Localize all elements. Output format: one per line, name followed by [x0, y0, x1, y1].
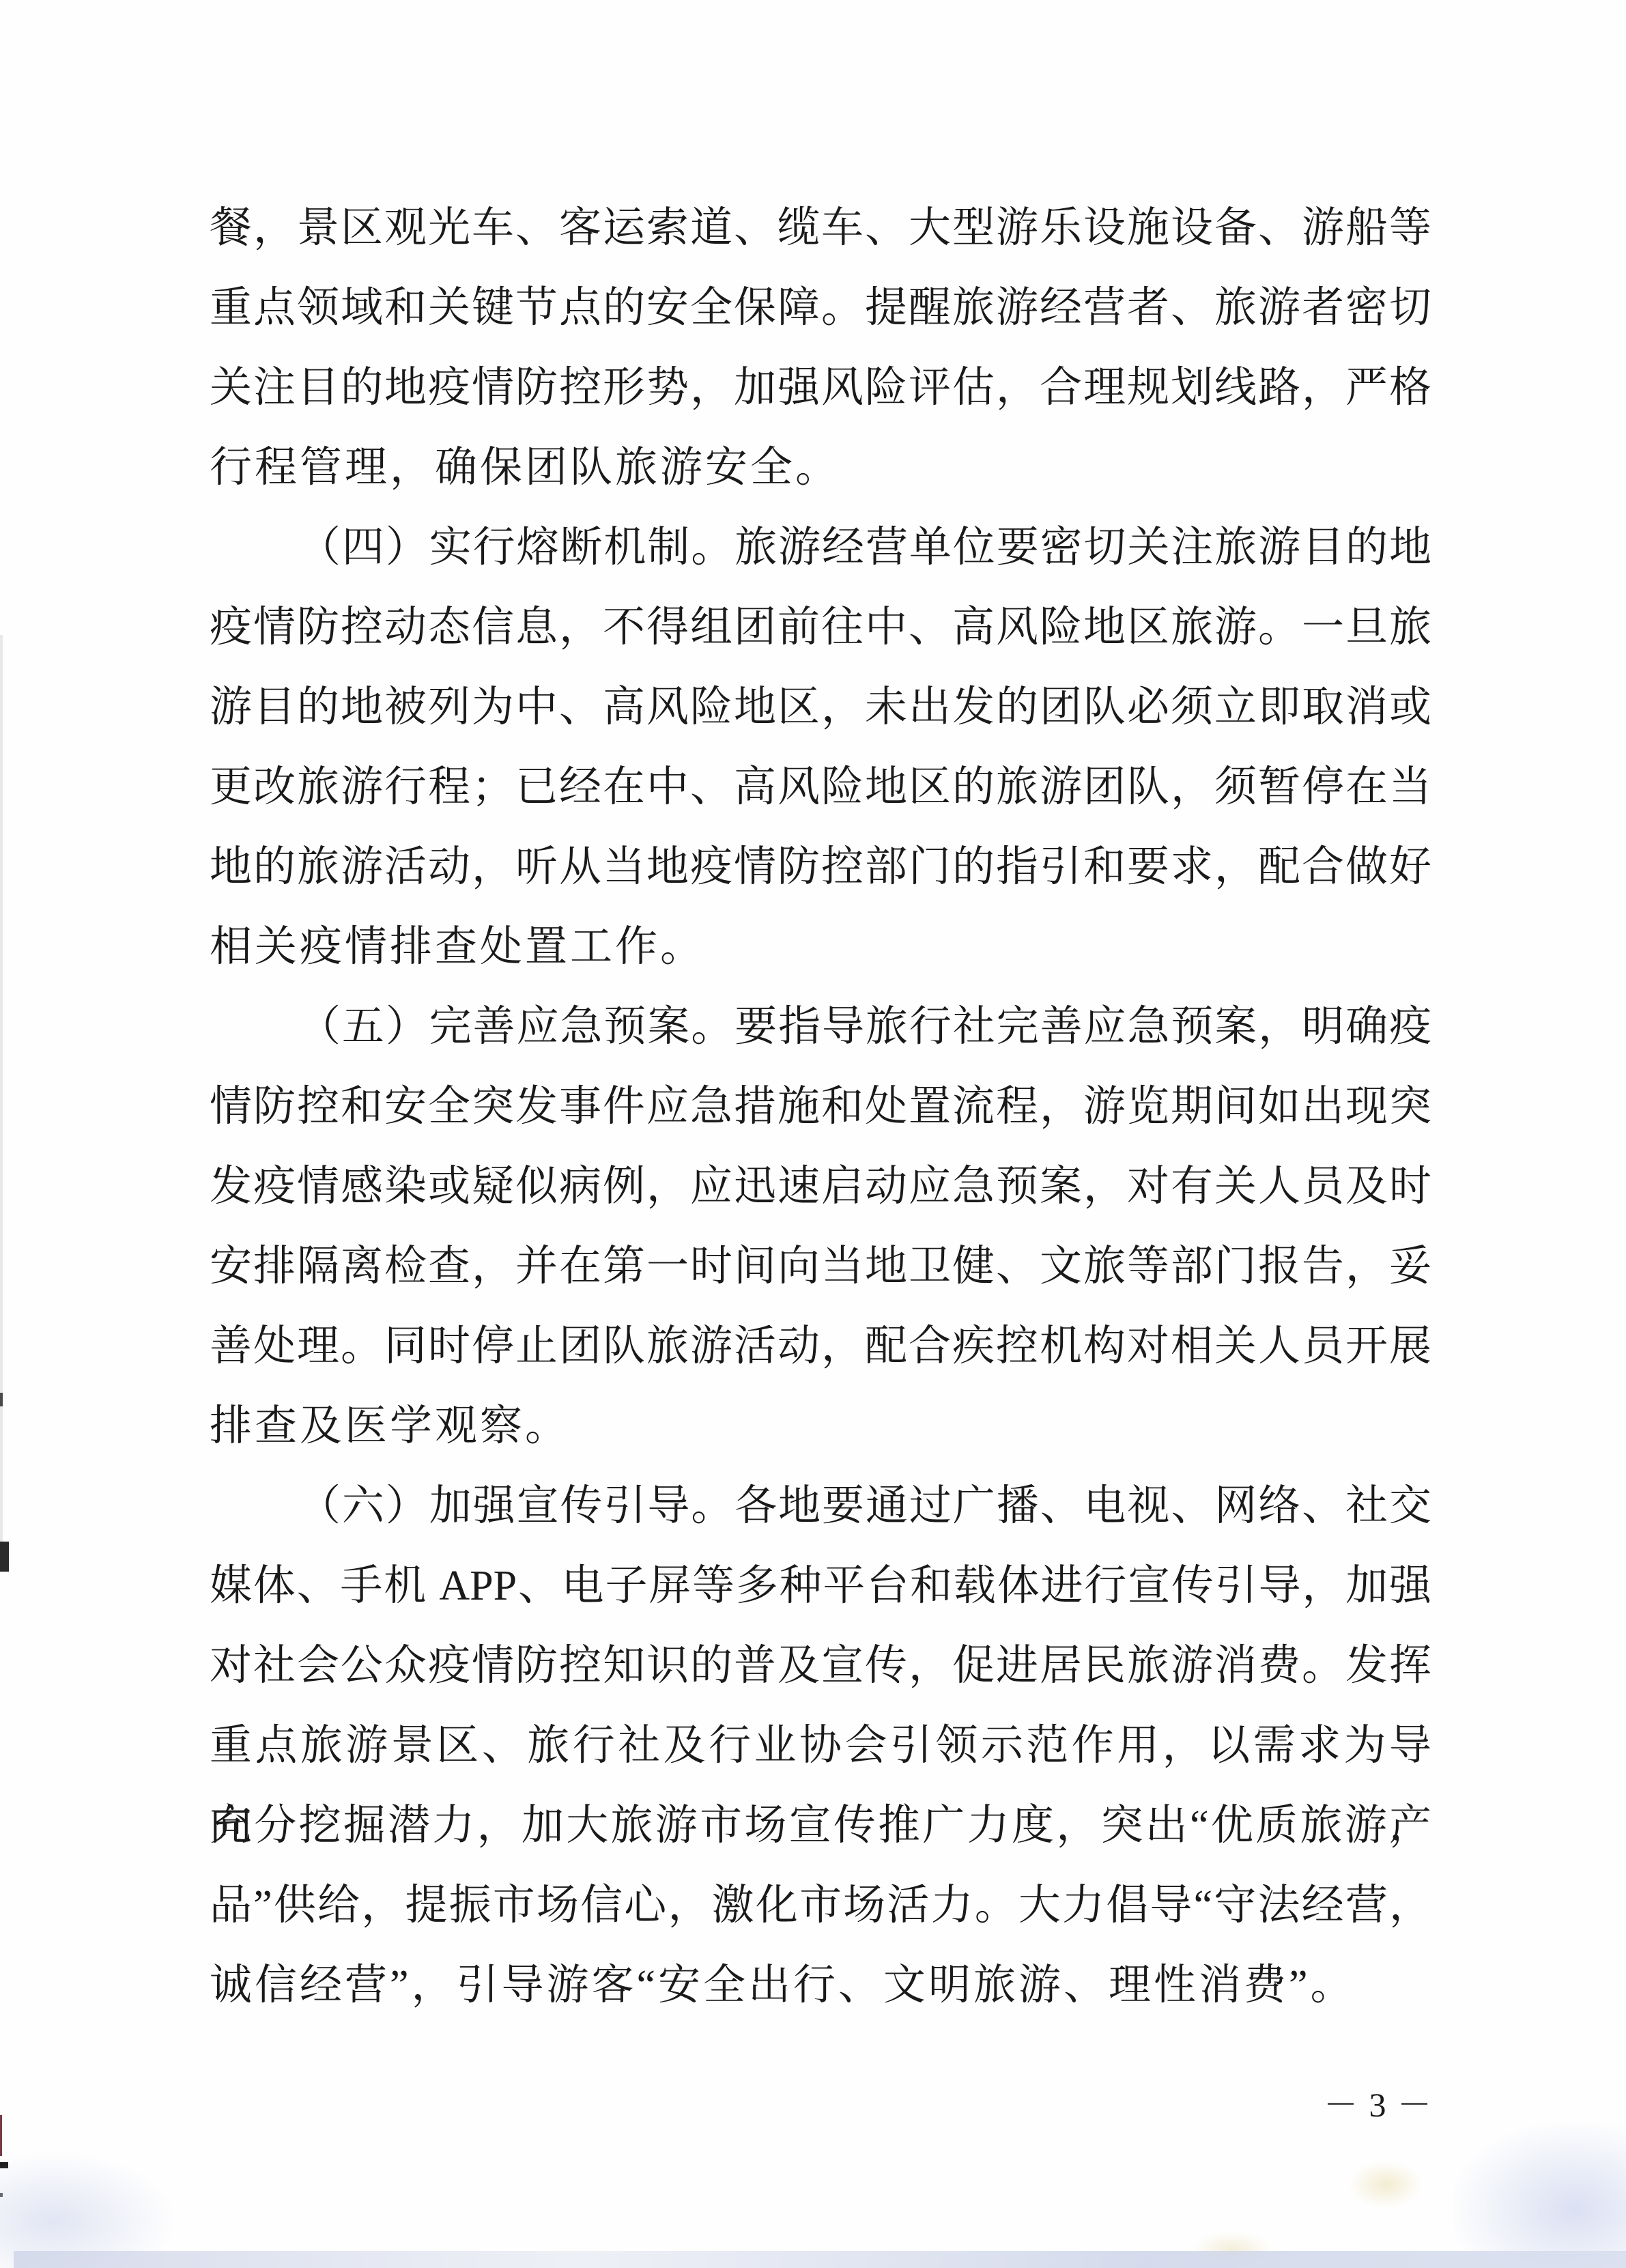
scan-artifact-left-strip [0, 635, 3, 1570]
scan-artifact-bottom-right-haze [1454, 2123, 1626, 2268]
scan-artifact-maroon-line [0, 2115, 2, 2156]
text-line: 对社会公众疫情防控知识的普及宣传，促进居民旅游消费。发挥 [210, 1626, 1431, 1706]
text-line: 游目的地被列为中、高风险地区，未出发的团队必须立即取消或 [210, 668, 1431, 748]
scan-artifact-yellow-spot [1191, 2231, 1273, 2268]
text-line: （五）完善应急预案。要指导旅行社完善应急预案，明确疫 [210, 987, 1431, 1067]
scan-artifact-black-dash [0, 2162, 8, 2168]
text-line: 善处理。同时停止团队旅游活动，配合疾控机构对相关人员开展 [210, 1307, 1431, 1387]
text-line: 诚信经营”，引导游客“安全出行、文明旅游、理性消费”。 [210, 1946, 1431, 2026]
text-line: 疫情防控动态信息，不得组团前往中、高风险地区旅游。一旦旅 [210, 588, 1431, 668]
text-line: 重点领域和关键节点的安全保障。提醒旅游经营者、旅游者密切 [210, 268, 1431, 348]
text-line: 品”供给，提振市场信心，激化市场活力。大力倡导“守法经营， [210, 1866, 1431, 1946]
document-page: 餐，景区观光车、客运索道、缆车、大型游乐设施设备、游船等重点领域和关键节点的安全… [0, 0, 1626, 2268]
page-number: － 3 － [1310, 2081, 1446, 2129]
text-line: 关注目的地疫情防控形势，加强风险评估，合理规划线路，严格 [210, 348, 1431, 428]
text-line: 更改旅游行程；已经在中、高风险地区的旅游团队，须暂停在当 [210, 748, 1431, 827]
scan-artifact-yellow-spot [1348, 2161, 1423, 2209]
text-line: 充分挖掘潜力，加大旅游市场宣传推广力度，突出“优质旅游产 [210, 1786, 1431, 1866]
scan-artifact-bottom-band [14, 2251, 1626, 2268]
text-line: （六）加强宣传引导。各地要通过广播、电视、网络、社交 [210, 1466, 1431, 1546]
text-line: 行程管理，确保团队旅游安全。 [210, 428, 1431, 508]
text-line: 重点旅游景区、旅行社及行业协会引领示范作用，以需求为导向， [210, 1706, 1431, 1786]
text-line: 情防控和安全突发事件应急措施和处置流程，游览期间如出现突 [210, 1067, 1431, 1147]
document-body: 餐，景区观光车、客运索道、缆车、大型游乐设施设备、游船等重点领域和关键节点的安全… [210, 188, 1431, 2026]
text-line: 地的旅游活动，听从当地疫情防控部门的指引和要求，配合做好 [210, 827, 1431, 907]
text-line: 安排隔离检查，并在第一时间向当地卫健、文旅等部门报告，妥 [210, 1227, 1431, 1307]
text-line: 餐，景区观光车、客运索道、缆车、大型游乐设施设备、游船等 [210, 188, 1431, 268]
text-line: （四）实行熔断机制。旅游经营单位要密切关注旅游目的地 [210, 508, 1431, 588]
text-line: 媒体、手机 APP、电子屏等多种平台和载体进行宣传引导，加强 [210, 1546, 1431, 1626]
text-line: 相关疫情排查处置工作。 [210, 907, 1431, 987]
scan-artifact-bottom-left-haze [0, 2151, 177, 2268]
scan-artifact-left-band [0, 1542, 9, 1572]
text-line: 发疫情感染或疑似病例，应迅速启动应急预案，对有关人员及时 [210, 1147, 1431, 1227]
scan-artifact-left-tick [0, 1393, 3, 1406]
scan-artifact-dot [0, 2193, 3, 2197]
text-line: 排查及医学观察。 [210, 1387, 1431, 1466]
